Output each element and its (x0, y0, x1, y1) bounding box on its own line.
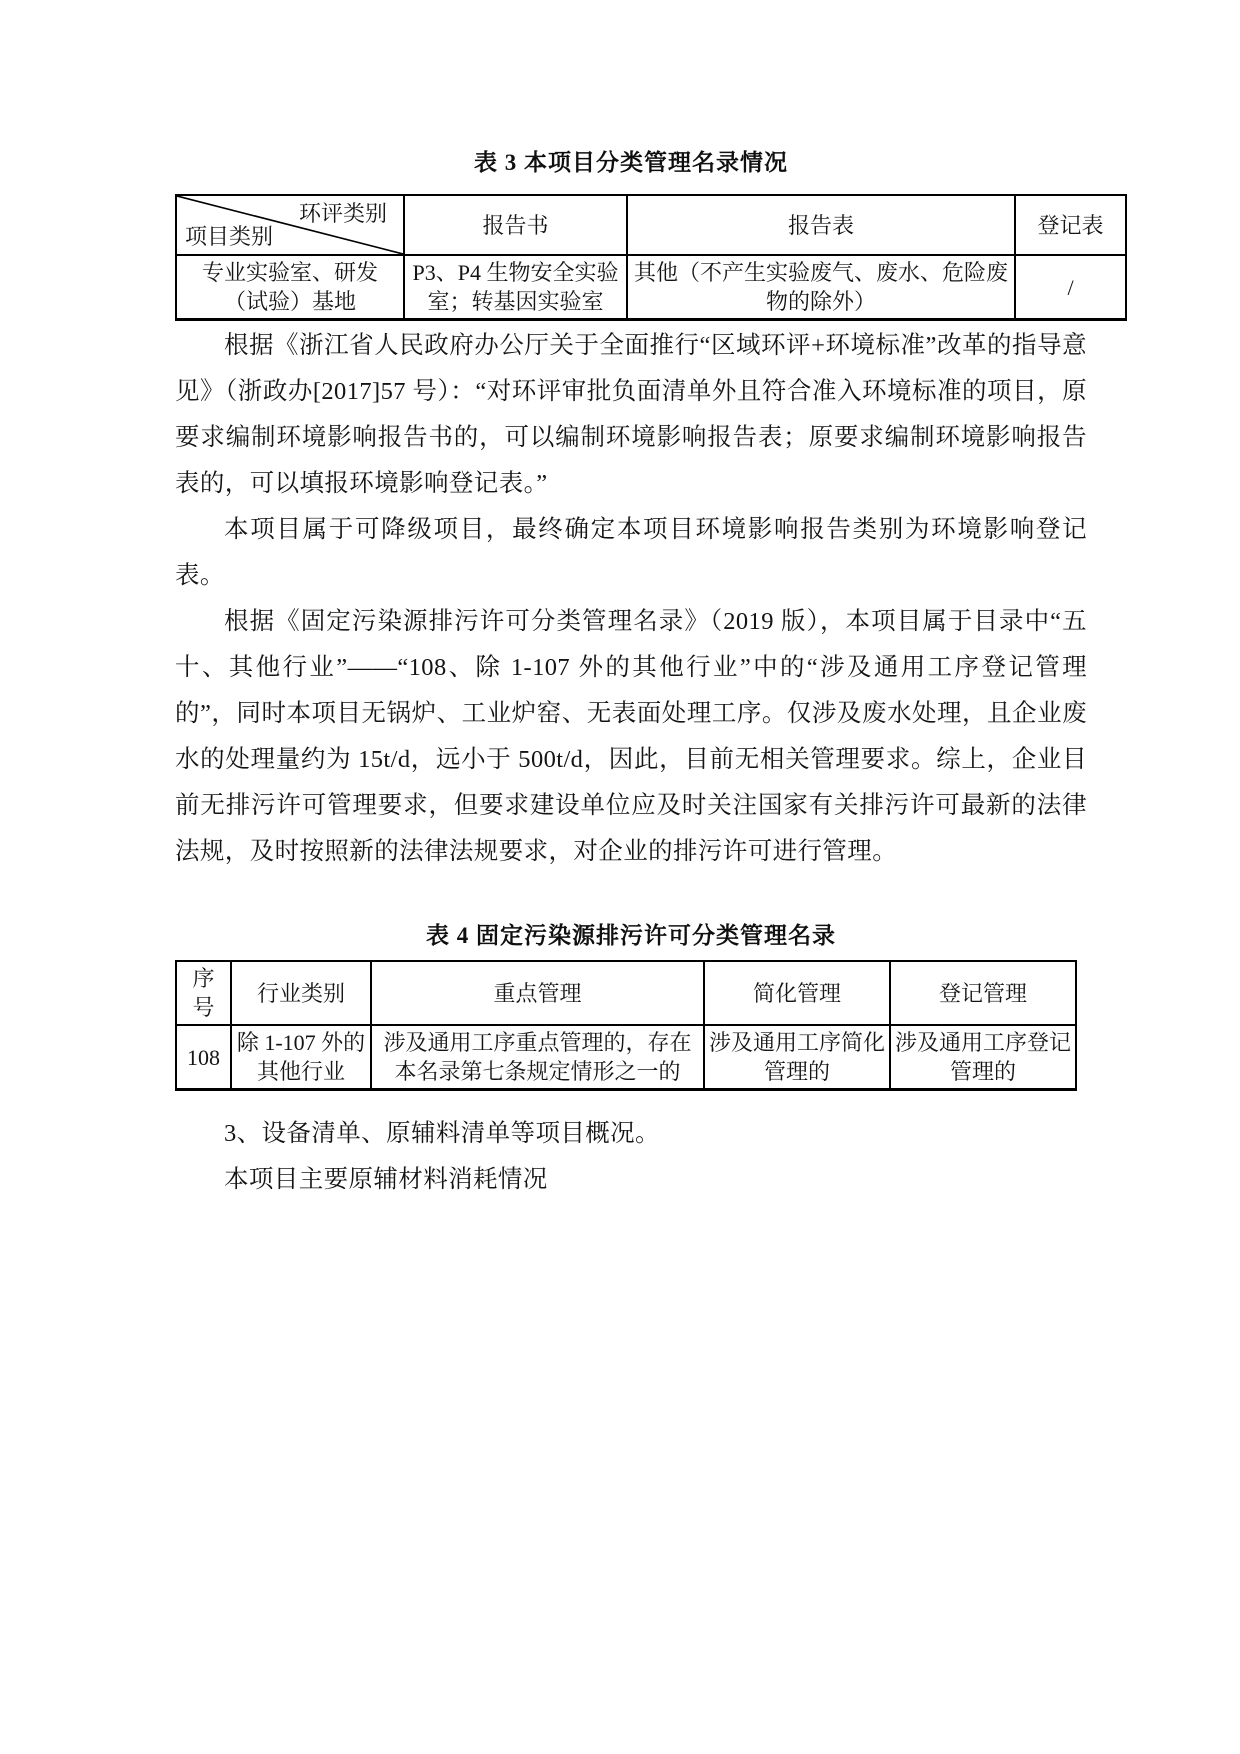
table4-cell-serial-number: 108 (176, 1025, 231, 1090)
table4-header-row: 序号 行业类别 重点管理 简化管理 登记管理 (176, 961, 1076, 1025)
table3-header-report-book: 报告书 (404, 195, 627, 255)
table3-corner-cell: 环评类别 项目类别 (176, 195, 404, 255)
list-item-equipment-overview: 3、设备清单、原辅料清单等项目概况。 (175, 1111, 1087, 1157)
table4-cell-key-management: 涉及通用工序重点管理的，存在本名录第七条规定情形之一的 (371, 1025, 704, 1090)
table4-permit-classification-catalog: 序号 行业类别 重点管理 简化管理 登记管理 108 除 1-107 外的其他行… (175, 960, 1077, 1091)
table4-cell-industry-category: 除 1-107 外的其他行业 (231, 1025, 371, 1090)
body-paragraphs: 根据《浙江省人民政府办公厅关于全面推行“区域环评+环境标准”改革的指导意见》（浙… (175, 323, 1087, 875)
table3-title: 表 3 本项目分类管理名录情况 (175, 0, 1087, 178)
table4-data-row: 108 除 1-107 外的其他行业 涉及通用工序重点管理的，存在本名录第七条规… (176, 1025, 1076, 1090)
table3-data-row: 专业实验室、研发（试验）基地 P3、P4 生物安全实验室；转基因实验室 其他（不… (176, 255, 1126, 320)
table4-header-simplified-management: 简化管理 (704, 961, 890, 1025)
paragraph-downgrade-conclusion: 本项目属于可降级项目，最终确定本项目环境影响报告类别为环境影响登记表。 (175, 507, 1087, 599)
table4-header-industry-category: 行业类别 (231, 961, 371, 1025)
paragraph-pollutant-permit-analysis: 根据《固定污染源排污许可分类管理名录》（2019 版），本项目属于目录中“五十、… (175, 599, 1087, 875)
table3-header-row: 环评类别 项目类别 报告书 报告表 登记表 (176, 195, 1126, 255)
table3-classification-catalog: 环评类别 项目类别 报告书 报告表 登记表 专业实验室、研发（试验）基地 P3、… (175, 194, 1127, 321)
document-content: 表 3 本项目分类管理名录情况 环评类别 项目类别 报告书 报告表 登记表 专业… (175, 0, 1087, 1203)
paragraph-zhejiang-reform-policy: 根据《浙江省人民政府办公厅关于全面推行“区域环评+环境标准”改革的指导意见》（浙… (175, 323, 1087, 507)
table3-cell-project-category: 专业实验室、研发（试验）基地 (176, 255, 404, 320)
table4-header-key-management: 重点管理 (371, 961, 704, 1025)
corner-label-project-category: 项目类别 (185, 222, 273, 251)
table4-cell-registration-management: 涉及通用工序登记管理的 (890, 1025, 1076, 1090)
table3-header-report-form: 报告表 (627, 195, 1015, 255)
corner-label-eia-category: 环评类别 (299, 199, 387, 228)
document-page: 表 3 本项目分类管理名录情况 环评类别 项目类别 报告书 报告表 登记表 专业… (0, 0, 1240, 1754)
table3-cell-registration-form: / (1015, 255, 1126, 320)
table3-cell-report-form: 其他（不产生实验废气、废水、危险废物的除外） (627, 255, 1015, 320)
line-raw-material-consumption: 本项目主要原辅材料消耗情况 (175, 1157, 1087, 1203)
table3-cell-report-book: P3、P4 生物安全实验室；转基因实验室 (404, 255, 627, 320)
table4-header-serial-number: 序号 (176, 961, 231, 1025)
table3-header-registration-form: 登记表 (1015, 195, 1126, 255)
closing-lines: 3、设备清单、原辅料清单等项目概况。 本项目主要原辅材料消耗情况 (175, 1111, 1087, 1203)
table4-header-registration-management: 登记管理 (890, 961, 1076, 1025)
table4-title: 表 4 固定污染源排污许可分类管理名录 (175, 921, 1087, 951)
table4-cell-simplified-management: 涉及通用工序简化管理的 (704, 1025, 890, 1090)
